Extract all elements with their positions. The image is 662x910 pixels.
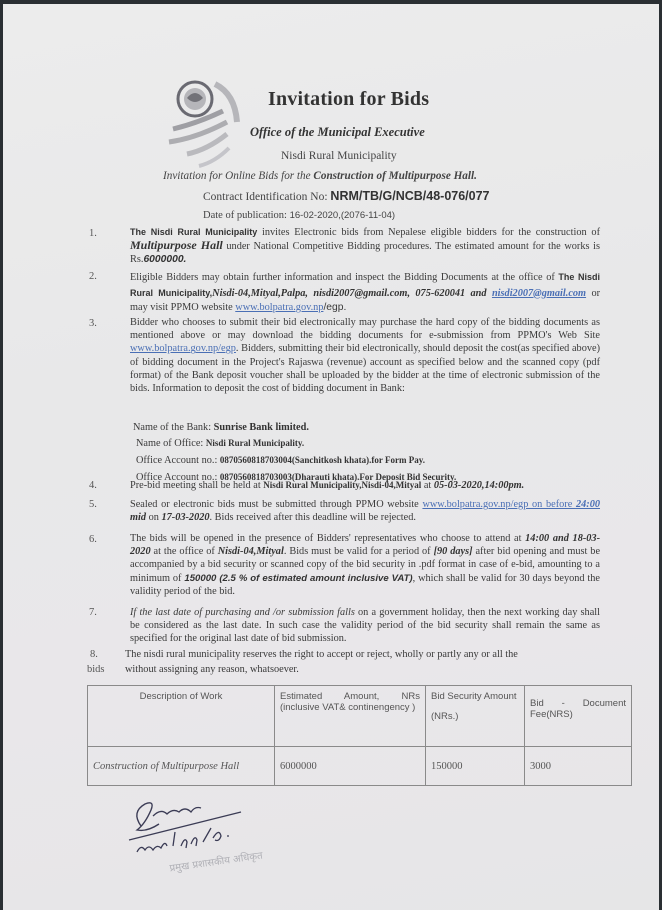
item-number: 3. — [89, 318, 97, 329]
header-description: Description of Work — [88, 686, 275, 747]
text: on — [146, 512, 161, 523]
text: Pre-bid meeting shall be held at — [130, 480, 263, 491]
invitation-subtitle: Invitation for Online Bids for the Const… — [163, 170, 477, 182]
text: The bids will be opened in the presence … — [130, 533, 525, 544]
item-8-continuation-word: bids — [87, 664, 105, 675]
bid-details-table: Description of Work Estimated Amount, NR… — [87, 685, 632, 786]
document-page: Invitation for Bids Office of the Munici… — [3, 4, 659, 910]
office-name-line: Name of Office: Nisdi Rural Municipality… — [136, 438, 304, 449]
page-title: Invitation for Bids — [268, 88, 429, 111]
text: at the office of — [151, 546, 218, 557]
table-header-row: Description of Work Estimated Amount, NR… — [88, 686, 632, 747]
text: Eligible Bidders may obtain further info… — [130, 272, 558, 283]
pubdate-label: Date of publication: — [203, 210, 290, 221]
meeting-datetime: 05-03-2020,14:00pm. — [434, 480, 524, 491]
item-number: 6. — [89, 534, 97, 545]
item-5-text: Sealed or electronic bids must be submit… — [130, 498, 600, 524]
text: at — [421, 480, 434, 491]
office-heading: Office of the Municipal Executive — [250, 125, 425, 140]
text: mid — [130, 512, 146, 523]
ppmo-website-link[interactable]: www.bolpatra.gov.np — [235, 302, 323, 313]
bank-name: Sunrise Bank limited. — [214, 422, 309, 433]
text: . Bids must be valid for a period of — [284, 546, 434, 557]
municipality-name-bold: The Nisdi Rural Municipality — [130, 227, 257, 237]
item-number: 7. — [89, 607, 97, 618]
office-name: Nisdi Rural Municipality. — [206, 438, 304, 448]
meeting-location: Nisdi Rural Municipality,Nisdi-04,Mityal — [263, 480, 421, 490]
invitation-subject: Construction of Multipurpose Hall. — [313, 170, 477, 182]
header-bid-security-unit: (NRs.) — [431, 711, 519, 722]
header-bid-security-label: Bid Security Amount — [431, 691, 519, 702]
item-1-text: The Nisdi Rural Municipality invites Ele… — [130, 226, 600, 267]
item-8-text: The nisdi rural municipality reserves th… — [125, 648, 601, 661]
invitation-prefix: Invitation for Online Bids for the — [163, 170, 313, 182]
item-6-text: The bids will be opened in the presence … — [130, 532, 600, 598]
text: . Bids received after this deadline will… — [210, 512, 416, 523]
account-1-line: Office Account no.: 0870560818703004(San… — [136, 455, 425, 466]
text: If the last date of purchasing and /or s… — [130, 607, 355, 618]
item-number: 4. — [89, 480, 97, 491]
account-number: 0870560818703004(Sanchitkosh khata).for … — [220, 455, 425, 465]
bank-name-line: Name of the Bank: Sunrise Bank limited. — [133, 422, 309, 433]
item-number: 8. — [90, 649, 98, 660]
contract-label: Contract Identification No: — [203, 191, 330, 203]
item-7-text: If the last date of purchasing and /or s… — [130, 606, 600, 646]
estimated-amount: 6000000. — [143, 254, 186, 265]
label: Name of Office: — [136, 438, 206, 449]
validity-period: [90 days] — [434, 546, 473, 557]
project-name: Multipurpose Hall — [130, 238, 223, 252]
item-2-text: Eligible Bidders may obtain further info… — [130, 270, 600, 316]
handwritten-signature-icon — [123, 794, 263, 854]
header-bid-security: Bid Security Amount(NRs.) — [426, 686, 525, 747]
cell-description: Construction of Multipurpose Hall — [88, 747, 275, 786]
deadline-time: 24:00 — [576, 499, 600, 510]
email-link[interactable]: nisdi2007@gmail.com — [492, 288, 586, 299]
item-number: 5. — [89, 499, 97, 510]
publication-date: Date of publication: 16-02-2020,(2076-11… — [203, 210, 395, 221]
cell-document-fee: 3000 — [525, 747, 632, 786]
label: Office Account no.: — [136, 455, 220, 466]
item-number: 1. — [89, 228, 97, 239]
municipal-emblem-stamp-icon — [165, 74, 265, 174]
egp-website-link[interactable]: www.bolpatra.gov.np/egp — [130, 343, 236, 354]
item-8-continuation: without assigning any reason, whatsoever… — [125, 663, 299, 676]
contract-number: NRM/TB/G/NCB/48-076/077 — [330, 189, 489, 203]
contact-details: Nisdi-04,Mityal,Palpa, nisdi2007@gmail.c… — [212, 288, 486, 299]
bid-security-amount: 150000 (2.5 % of estimated amount inclus… — [184, 573, 412, 584]
label: Name of the Bank: — [133, 422, 214, 433]
contract-identification: Contract Identification No: NRM/TB/G/NCB… — [203, 189, 490, 203]
deadline-date: 17-03-2020 — [161, 512, 209, 523]
text: invites Electronic bids from Nepalese el… — [257, 227, 600, 238]
text: /egp. — [323, 302, 346, 313]
table-row: Construction of Multipurpose Hall 600000… — [88, 747, 632, 786]
cell-estimated-amount: 6000000 — [275, 747, 426, 786]
opening-location: Nisdi-04,Mityal — [218, 546, 284, 557]
text: Bidder who chooses to submit their bid e… — [130, 317, 600, 341]
item-4-text: Pre-bid meeting shall be held at Nisdi R… — [130, 479, 524, 492]
text: Sealed or electronic bids must be submit… — [130, 499, 422, 510]
item-number: 2. — [89, 271, 97, 282]
item-3-text: Bidder who chooses to submit their bid e… — [130, 316, 600, 395]
municipality-name: Nisdi Rural Municipality — [281, 150, 397, 162]
cell-bid-security: 150000 — [426, 747, 525, 786]
header-estimated-amount: Estimated Amount, NRs (inclusive VAT& co… — [275, 686, 426, 747]
pubdate-value: 16-02-2020,(2076-11-04) — [290, 210, 395, 221]
header-document-fee: Bid - Document Fee(NRS) — [525, 686, 632, 747]
egp-website-link[interactable]: www.bolpatra.gov.np/egp on before — [422, 499, 576, 510]
